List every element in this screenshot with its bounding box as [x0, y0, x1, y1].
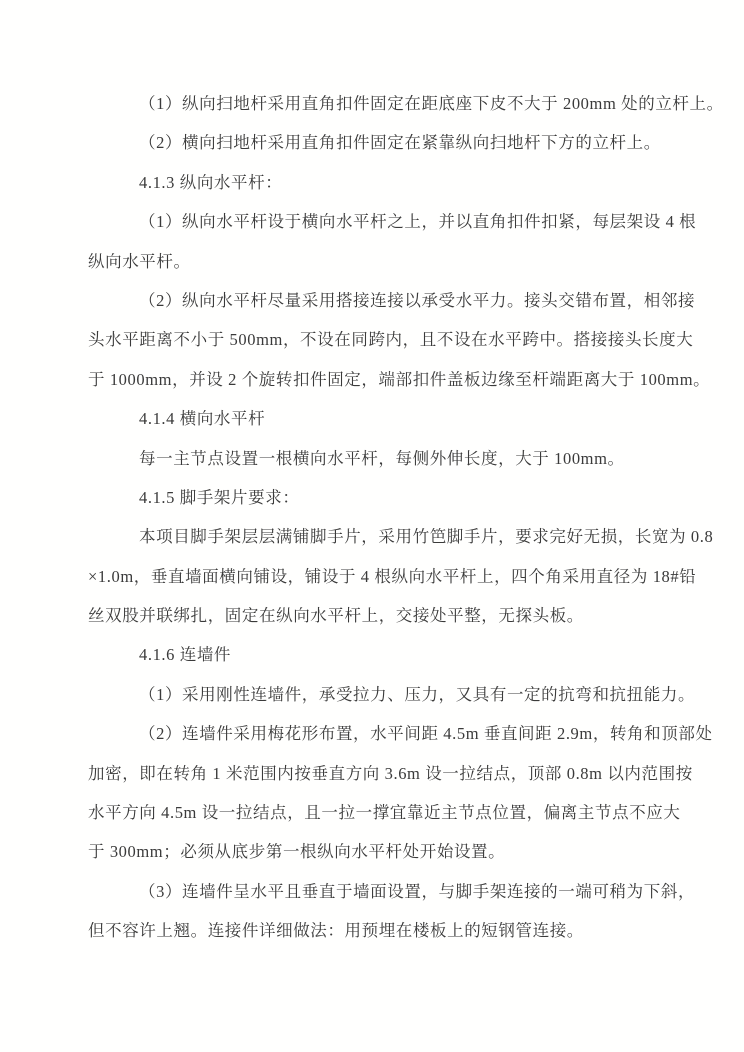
paragraph-line: 每一主节点设置一根横向水平杆，每侧外伸长度，大于 100mm。	[88, 439, 654, 478]
paragraph-continuation-line: 头水平距离不小于 500mm，不设在同跨内，且不设在水平跨中。搭接接头长度大	[88, 320, 654, 359]
section-heading-line: 4.1.4 横向水平杆	[88, 399, 654, 438]
paragraph-continuation-line: 但不容许上翘。连接件详细做法：用预埋在楼板上的短钢管连接。	[88, 911, 654, 950]
document-page: （1）纵向扫地杆采用直角扣件固定在距底座下皮不大于 200mm 处的立杆上。 （…	[0, 0, 744, 1052]
paragraph-line: （1）采用刚性连墙件，承受拉力、压力，又具有一定的抗弯和抗扭能力。	[88, 675, 654, 714]
paragraph-line: （2）横向扫地杆采用直角扣件固定在紧靠纵向扫地杆下方的立杆上。	[88, 123, 654, 162]
paragraph-continuation-line: 纵向水平杆。	[88, 242, 654, 281]
paragraph-continuation-line: 丝双股并联绑扎，固定在纵向水平杆上，交接处平整，无探头板。	[88, 596, 654, 635]
paragraph-line: （3）连墙件呈水平且垂直于墙面设置，与脚手架连接的一端可稍为下斜，	[88, 872, 654, 911]
paragraph-line: （1）纵向扫地杆采用直角扣件固定在距底座下皮不大于 200mm 处的立杆上。	[88, 84, 654, 123]
paragraph-continuation-line: 于 1000mm，并设 2 个旋转扣件固定，端部扣件盖板边缘至杆端距离大于 10…	[88, 360, 654, 399]
paragraph-continuation-line: ×1.0m，垂直墙面横向铺设，铺设于 4 根纵向水平杆上，四个角采用直径为 18…	[88, 557, 654, 596]
paragraph-continuation-line: 水平方向 4.5m 设一拉结点，且一拉一撑宜靠近主节点位置，偏离主节点不应大	[88, 793, 654, 832]
paragraph-line: 本项目脚手架层层满铺脚手片，采用竹笆脚手片，要求完好无损，长宽为 0.8	[88, 517, 654, 556]
paragraph-line: （1）纵向水平杆设于横向水平杆之上，并以直角扣件扣紧，每层架设 4 根	[88, 202, 654, 241]
section-heading-line: 4.1.6 连墙件	[88, 635, 654, 674]
paragraph-line: （2）连墙件采用梅花形布置，水平间距 4.5m 垂直间距 2.9m，转角和顶部处	[88, 714, 654, 753]
paragraph-continuation-line: 于 300mm；必须从底步第一根纵向水平杆处开始设置。	[88, 832, 654, 871]
section-heading-line: 4.1.5 脚手架片要求：	[88, 478, 654, 517]
section-heading-line: 4.1.3 纵向水平杆：	[88, 163, 654, 202]
paragraph-continuation-line: 加密，即在转角 1 米范围内按垂直方向 3.6m 设一拉结点，顶部 0.8m 以…	[88, 754, 654, 793]
paragraph-line: （2）纵向水平杆尽量采用搭接连接以承受水平力。接头交错布置，相邻接	[88, 281, 654, 320]
